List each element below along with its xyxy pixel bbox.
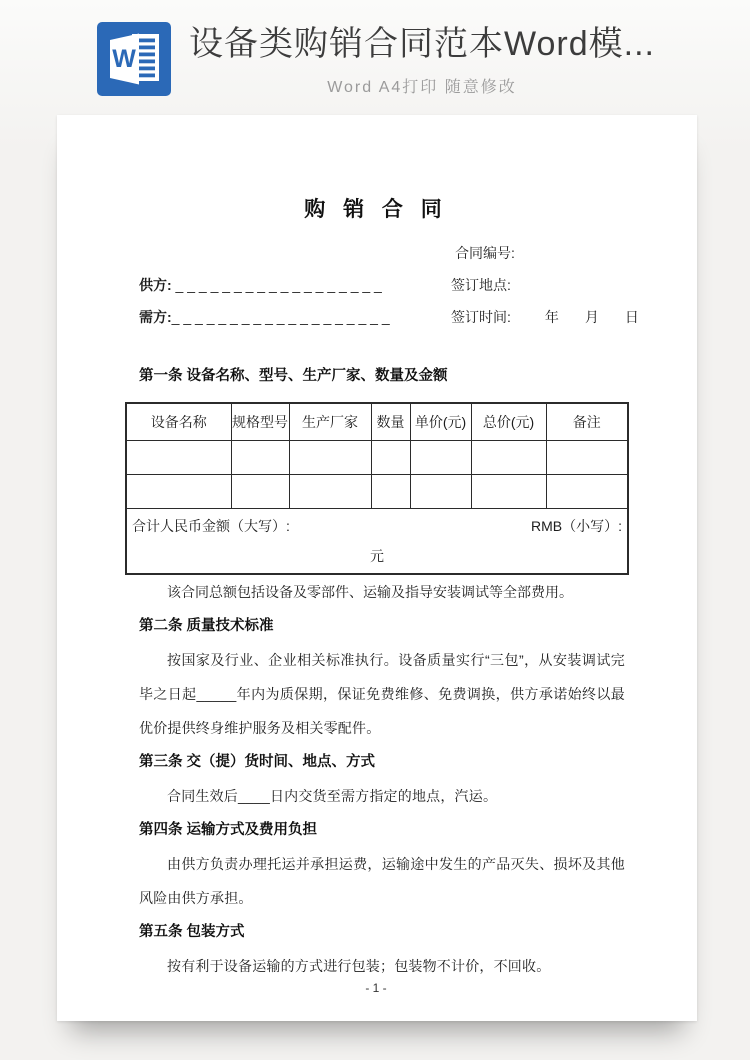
buyer-label: 需方:: [139, 309, 172, 325]
meta-empty-cell: [139, 237, 451, 269]
word-icon: W: [97, 22, 171, 96]
buyer-blank-line: _ _ _ _ _ _ _ _ _ _ _ _ _ _ _ _ _ _ _: [172, 309, 390, 325]
page-number: - 1 -: [125, 981, 627, 995]
rmb-label: RMB（小写）:: [531, 511, 622, 541]
col-spec-model: 规格型号: [231, 403, 289, 440]
template-header: W 设备类购销合同范本Word模... Word A4打印 随意修改: [0, 0, 750, 115]
word-icon-svg: W: [97, 22, 171, 96]
col-unit-price: 单价(元): [410, 403, 471, 440]
document-content: 购 销 合 同 合同编号: 供方: _ _ _ _ _ _ _ _ _ _ _ …: [57, 115, 697, 995]
col-manufacturer: 生产厂家: [289, 403, 371, 440]
col-equipment-name: 设备名称: [126, 403, 231, 440]
article4-body: 由供方负责办理托运并承担运费，运输途中发生的产品灭失、损坏及其他风险由供方承担。: [139, 847, 625, 915]
sign-place-label: 签订地点:: [451, 269, 645, 301]
sign-time-label: 签订时间:: [451, 309, 511, 325]
contract-title: 购 销 合 同: [125, 193, 627, 223]
template-subtitle: Word A4打印 随意修改: [189, 74, 655, 97]
article2-body: 按国家及行业、企业相关标准执行。设备质量实行“三包”，从安装调试完毕之日起___…: [139, 643, 625, 745]
sign-time-row: 签订时间:年 月 日: [451, 301, 645, 333]
table-header-row: 设备名称 规格型号 生产厂家 数量 单价(元) 总价(元) 备注: [126, 403, 628, 440]
header-text-block: 设备类购销合同范本Word模... Word A4打印 随意修改: [189, 22, 655, 97]
sign-time-value: 年 月 日: [545, 309, 645, 325]
col-quantity: 数量: [371, 403, 410, 440]
total-line: 合计人民币金额（大写）: RMB（小写）:: [132, 511, 622, 541]
col-remarks: 备注: [546, 403, 628, 440]
table-row: [126, 440, 628, 474]
col-total-price: 总价(元): [471, 403, 546, 440]
article1-heading: 第一条 设备名称、型号、生产厂家、数量及金额: [139, 359, 697, 393]
table-row: [126, 474, 628, 508]
contract-body: 该合同总额包括设备及零部件、运输及指导安装调试等全部费用。 第二条 质量技术标准…: [139, 575, 625, 983]
article3-heading: 第三条 交（提）货时间、地点、方式: [139, 745, 625, 779]
supplier-row: 供方: _ _ _ _ _ _ _ _ _ _ _ _ _ _ _ _ _ _: [139, 269, 451, 301]
article2-heading: 第二条 质量技术标准: [139, 609, 625, 643]
svg-text:W: W: [112, 45, 136, 73]
article5-body: 按有利于设备运输的方式进行包装；包装物不计价，不回收。: [139, 949, 625, 983]
table-total-row: 合计人民币金额（大写）: RMB（小写）: 元: [126, 508, 628, 574]
total-note: 该合同总额包括设备及零部件、运输及指导安装调试等全部费用。: [139, 575, 625, 609]
document-page: 购 销 合 同 合同编号: 供方: _ _ _ _ _ _ _ _ _ _ _ …: [57, 115, 697, 1021]
article5-heading: 第五条 包装方式: [139, 915, 625, 949]
supplier-blank-line: _ _ _ _ _ _ _ _ _ _ _ _ _ _ _ _ _ _: [172, 277, 382, 293]
total-amount-label: 合计人民币金额（大写）:: [132, 511, 290, 541]
equipment-table: 设备名称 规格型号 生产厂家 数量 单价(元) 总价(元) 备注: [125, 402, 629, 575]
contract-meta: 合同编号: 供方: _ _ _ _ _ _ _ _ _ _ _ _ _ _ _ …: [139, 237, 641, 333]
template-preview-screen: W 设备类购销合同范本Word模... Word A4打印 随意修改 购 销 合…: [0, 0, 750, 1060]
supplier-label: 供方:: [139, 277, 172, 293]
article3-body: 合同生效后____日内交货至需方指定的地点，汽运。: [139, 779, 625, 813]
template-title: 设备类购销合同范本Word模...: [189, 22, 655, 66]
currency-unit: 元: [132, 541, 622, 571]
contract-number-label: 合同编号:: [451, 237, 645, 269]
article4-heading: 第四条 运输方式及费用负担: [139, 813, 625, 847]
buyer-row: 需方:_ _ _ _ _ _ _ _ _ _ _ _ _ _ _ _ _ _ _: [139, 301, 451, 333]
